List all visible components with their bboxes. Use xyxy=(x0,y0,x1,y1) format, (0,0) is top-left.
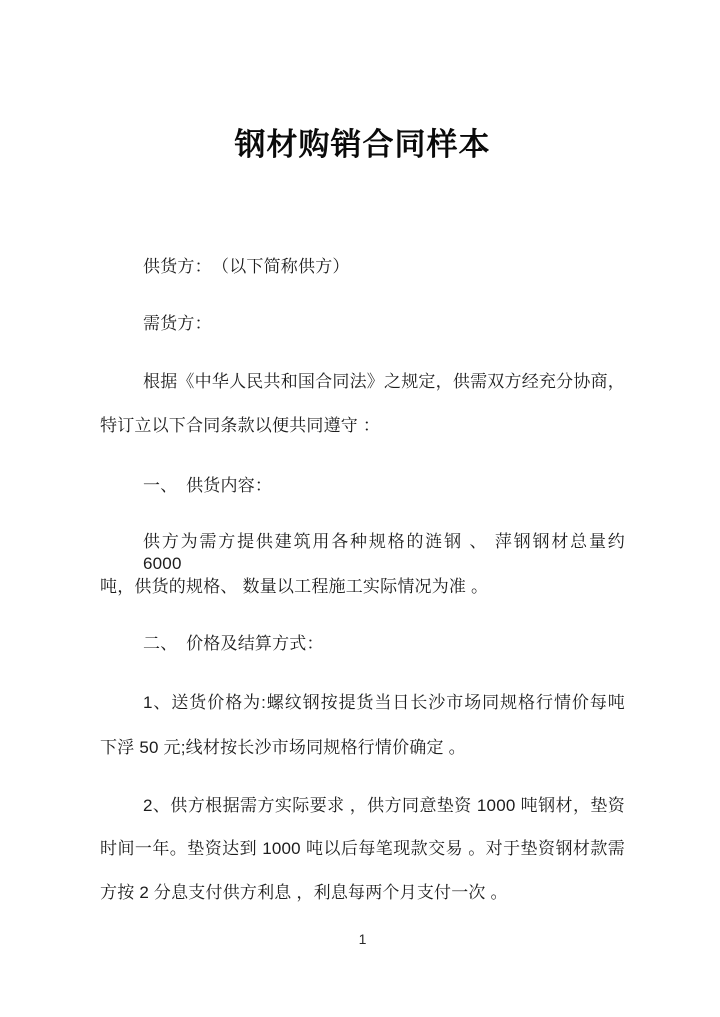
text-line-clause-2-line-1: 2、供方根据需方实际要求 ，供方同意垫资 1000 吨钢材，垫资 xyxy=(100,795,625,817)
text-line-preamble-1: 根据《中华人民共和国合同法》之规定，供需双方经充分协商， xyxy=(100,371,625,393)
text-line-preamble-2: 特订立以下合同条款以便共同遵守 ： xyxy=(100,415,625,437)
text-line-section-1-heading: 一、 供货内容： xyxy=(100,475,625,497)
text-line-clause-2-line-2: 时间一年。垫资达到 1000 吨以后每笔现款交易 。对于垫资钢材款需 xyxy=(100,838,625,860)
page-number: 1 xyxy=(100,930,625,948)
document-title: 钢材购销合同样本 xyxy=(100,126,625,164)
text-line-section-1-body-2: 吨，供货的规格、 数量以工程施工实际情况为准 。 xyxy=(100,576,625,598)
text-line-supplier: 供货方： （以下简称供方） xyxy=(100,256,625,278)
text-line-section-2-heading: 二、 价格及结算方式： xyxy=(100,633,625,655)
document-page: 钢材购销合同样本 供货方： （以下简称供方） 需货方： 根据《中华人民共和国合同… xyxy=(0,0,720,1017)
text-line-clause-1-line-2: 下浮 50 元;线材按长沙市场同规格行情价确定 。 xyxy=(100,737,625,759)
text-line-clause-2-line-3: 方按 2 分息支付供方利息 ，利息每两个月支付一次 。 xyxy=(100,882,625,904)
text-line-demander: 需货方： xyxy=(100,313,625,335)
text-line-clause-1-line-1: 1、送货价格为:螺纹钢按提货当日长沙市场同规格行情价每吨 xyxy=(100,692,625,714)
text-line-section-1-body-1: 供方为需方提供建筑用各种规格的涟钢 、 萍钢钢材总量约 6000 xyxy=(100,531,625,575)
